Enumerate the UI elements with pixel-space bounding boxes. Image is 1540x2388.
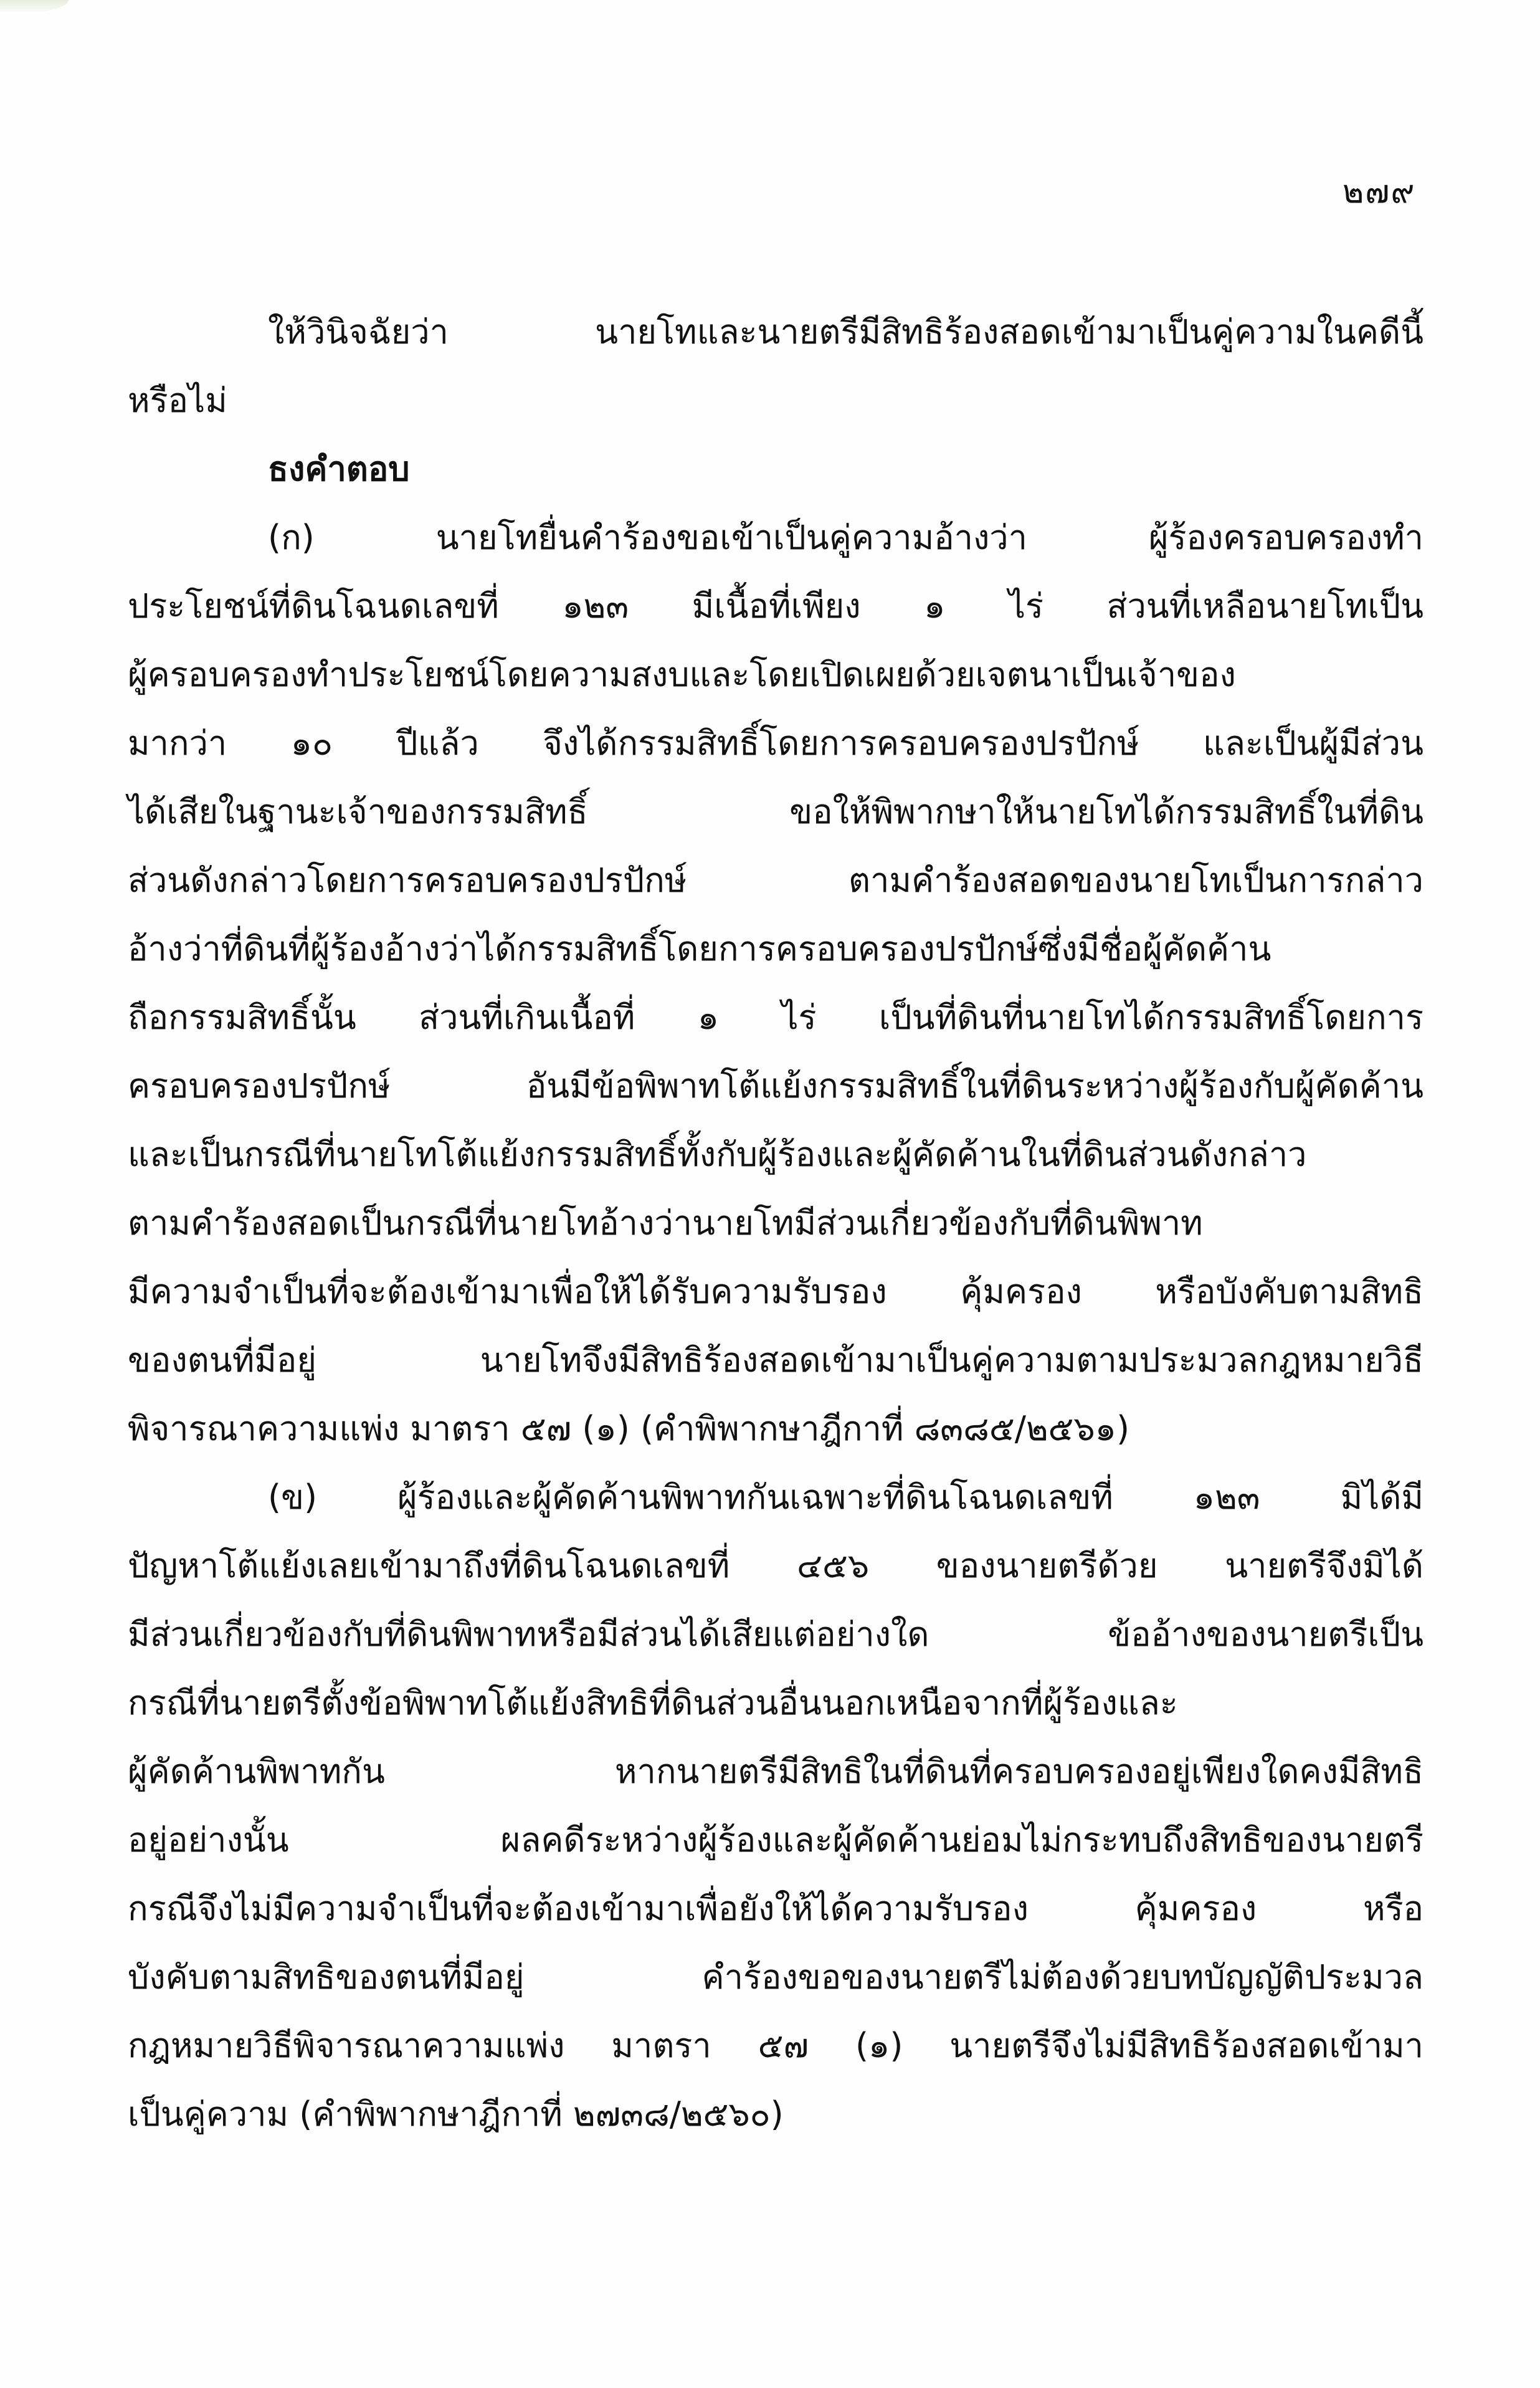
body-text: ให้วินิจฉัยว่า นายโทและนายตรีมีสิทธิร้อง… bbox=[128, 298, 1424, 2149]
part-a-line: ถือกรรมสิทธิ์นั้น ส่วนที่เกินเนื้อที่ ๑ … bbox=[128, 983, 1424, 1052]
part-a-line: มากว่า ๑๐ ปีแล้ว จึงได้กรรมสิทธิ์โดยการค… bbox=[128, 709, 1424, 778]
part-a-line: พิจารณาความแพ่ง มาตรา ๕๗ (๑) (คำพิพากษาฎ… bbox=[128, 1395, 1424, 1463]
question-line: หรือไม่ bbox=[128, 366, 1424, 435]
part-b-line: กฎหมายวิธีพิจารณาความแพ่ง มาตรา ๕๗ (๑) น… bbox=[128, 2012, 1424, 2080]
part-b-line: มีส่วนเกี่ยวข้องกับที่ดินพิพาทหรือมีส่วน… bbox=[128, 1600, 1424, 1669]
part-b-line: กรณีจึงไม่มีความจำเป็นที่จะต้องเข้ามาเพื… bbox=[128, 1875, 1424, 1943]
part-b-line: ผู้คัดค้านพิพาทกัน หากนายตรีมีสิทธิในที่… bbox=[128, 1737, 1424, 1806]
part-a-line: ครอบครองปรปักษ์ อันมีข้อพิพาทโต้แย้งกรรม… bbox=[128, 1052, 1424, 1120]
answer-heading: ธงคำตอบ bbox=[128, 435, 1424, 504]
part-a-line: ได้เสียในฐานะเจ้าของกรรมสิทธิ์ ขอให้พิพา… bbox=[128, 778, 1424, 846]
part-b-line: (ข) ผู้ร้องและผู้คัดค้านพิพาทกันเฉพาะที่… bbox=[128, 1463, 1424, 1532]
part-a-line: และเป็นกรณีที่นายโทโต้แย้งกรรมสิทธิ์ทั้ง… bbox=[128, 1120, 1424, 1189]
part-a-line: (ก) นายโทยื่นคำร้องขอเข้าเป็นคู่ความอ้าง… bbox=[128, 504, 1424, 572]
part-a-line: ของตนที่มีอยู่ นายโทจึงมีสิทธิร้องสอดเข้… bbox=[128, 1326, 1424, 1395]
part-b-line: ปัญหาโต้แย้งเลยเข้ามาถึงที่ดินโฉนดเลขที่… bbox=[128, 1532, 1424, 1600]
part-b-line: บังคับตามสิทธิของตนที่มีอยู่ คำร้องขอของ… bbox=[128, 1943, 1424, 2012]
part-a-line: ประโยชน์ที่ดินโฉนดเลขที่ ๑๒๓ มีเนื้อที่เ… bbox=[128, 572, 1424, 641]
part-a-line: ตามคำร้องสอดเป็นกรณีที่นายโทอ้างว่านายโท… bbox=[128, 1189, 1424, 1258]
part-b-line: อยู่อย่างนั้น ผลคดีระหว่างผู้ร้องและผู้ค… bbox=[128, 1806, 1424, 1875]
question-line: ให้วินิจฉัยว่า นายโทและนายตรีมีสิทธิร้อง… bbox=[128, 298, 1424, 366]
document-page: ๒๗๙ ให้วินิจฉัยว่า นายโทและนายตรีมีสิทธิ… bbox=[0, 0, 1540, 2388]
scan-corner-shadow bbox=[0, 0, 69, 14]
part-a-line: ส่วนดังกล่าวโดยการครอบครองปรปักษ์ ตามคำร… bbox=[128, 846, 1424, 915]
part-b-line: กรณีที่นายตรีตั้งข้อพิพาทโต้แย้งสิทธิที่… bbox=[128, 1669, 1424, 1737]
part-a-line: อ้างว่าที่ดินที่ผู้ร้องอ้างว่าได้กรรมสิท… bbox=[128, 915, 1424, 983]
part-a-line: ผู้ครอบครองทำประโยชน์โดยความสงบและโดยเปิ… bbox=[128, 641, 1424, 709]
page-number: ๒๗๙ bbox=[1343, 173, 1415, 211]
part-a-line: มีความจำเป็นที่จะต้องเข้ามาเพื่อให้ได้รั… bbox=[128, 1258, 1424, 1326]
part-b-line: เป็นคู่ความ (คำพิพากษาฎีกาที่ ๒๗๓๘/๒๕๖๐) bbox=[128, 2080, 1424, 2149]
